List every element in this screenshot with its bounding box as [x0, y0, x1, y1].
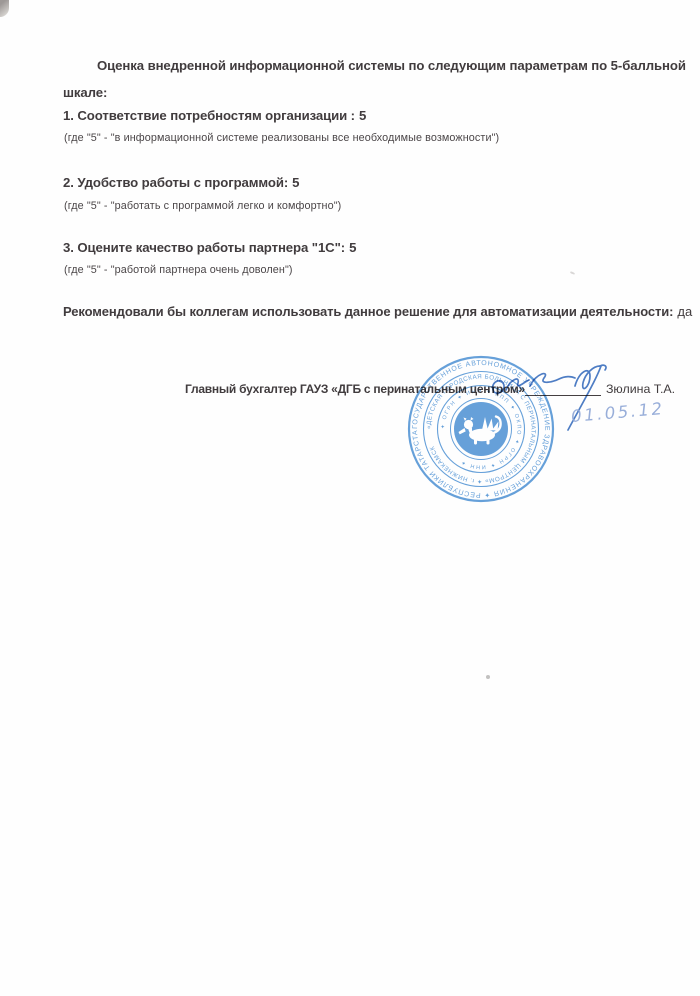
rating-item-3-score: 5: [349, 240, 356, 255]
document-title-line2: шкале:: [63, 85, 107, 100]
scan-corner-artifact: [0, 0, 9, 17]
rating-item-1-note: (где "5" - "в информационной системе реа…: [64, 132, 499, 144]
rating-item-2-score: 5: [292, 175, 299, 190]
rating-item-2-label: 2. Удобство работы с программой:: [63, 175, 288, 190]
rating-item-3-label: 3. Оцените качество работы партнера "1С"…: [63, 240, 345, 255]
rating-item-3: 3. Оцените качество работы партнера "1С"…: [63, 239, 356, 257]
scan-speck-small: [570, 271, 575, 275]
rating-item-3-note: (где "5" - "работой партнера очень довол…: [64, 264, 293, 276]
rating-item-2: 2. Удобство работы с программой:5: [63, 174, 299, 192]
recommendation-answer: да: [677, 304, 692, 319]
recommendation-label: Рекомендовали бы коллегам использовать д…: [63, 304, 673, 319]
handwritten-signature: [484, 354, 634, 444]
document-title-line1: Оценка внедренной информационной системы…: [97, 58, 686, 73]
scan-speck: [486, 675, 490, 679]
scanned-page: Оценка внедренной информационной системы…: [0, 0, 700, 996]
rating-item-2-note: (где "5" - "работать с программой легко …: [64, 200, 341, 212]
rating-item-1-label: 1. Соответствие потребностям организации…: [63, 108, 355, 123]
rating-item-1-score: 5: [359, 108, 366, 123]
rating-item-1: 1. Соответствие потребностям организации…: [63, 107, 366, 125]
recommendation-line: Рекомендовали бы коллегам использовать д…: [63, 304, 692, 319]
